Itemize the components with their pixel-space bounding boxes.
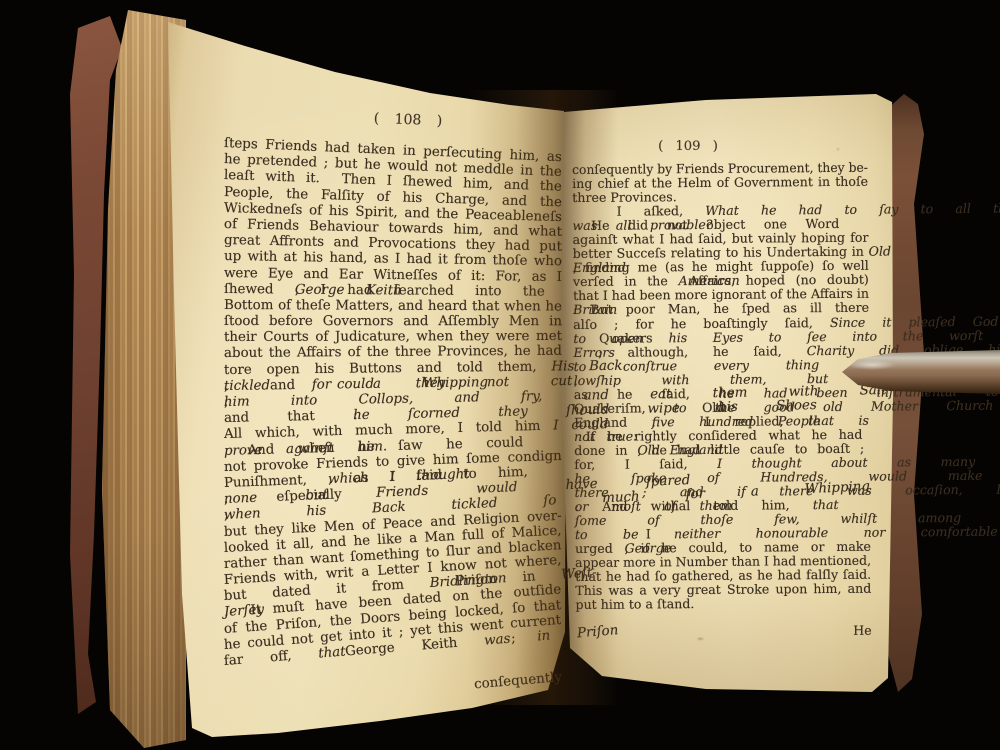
page-number-right: ( 109 ) [646, 139, 730, 154]
text-line: ſtood before Governors and Aſſembly Men … [224, 314, 562, 330]
photo-scene: ( 108 ) ( 109 ) ſteps Friends had taken … [0, 0, 1000, 750]
left-page-text: ſteps Friends had taken in perſecuting h… [224, 136, 562, 686]
text-line: This was a very great Stroke upon him, a… [575, 582, 871, 598]
right-page-text: conſequently by Friends Procurement, the… [572, 161, 872, 640]
text-line: put him to a ſtand. [575, 596, 871, 612]
text-line: ing chief at the Helm of Government in t… [572, 175, 868, 191]
text-line: Bottom of theſe Matters, and heard that … [224, 298, 562, 316]
catchword: He [576, 623, 872, 639]
